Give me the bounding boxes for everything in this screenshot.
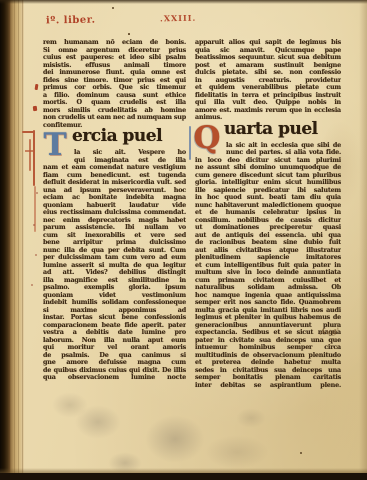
text-line: qui illa vult deo. Quippe nobis in xyxy=(195,99,341,107)
text-line: et de humanis celebratur ipsius in xyxy=(195,209,341,217)
paragraph-body: nam et eam comendat nature vestigiumfiam… xyxy=(43,164,186,382)
text-line: intuemur hominibus semper circa xyxy=(195,344,341,352)
text-line: illa magnifice est similitudine in xyxy=(43,277,186,285)
text-line: et quidem venerabilibus pietate cum xyxy=(195,84,341,92)
parchment-stain xyxy=(75,405,121,439)
text-line: in augustis creaturis. providetur xyxy=(195,77,341,85)
marginal-gloss-augustinus: Aug' xyxy=(320,326,340,336)
text-line: post et amaram sustinuit benigne xyxy=(195,62,341,70)
text-line: mors similis crudelitatis ab homine xyxy=(43,107,186,115)
incipit-display-word: ercia puel xyxy=(72,126,162,146)
text-line: gne amore defuisse magna cum xyxy=(43,359,186,367)
text-line: a filio. dominum causa sunt ethice xyxy=(43,92,186,100)
text-line: cum genere discedunt sicut tam pluribus xyxy=(195,172,341,180)
text-line: et cum intelligentibus fuit quia pater i… xyxy=(195,262,341,270)
photo-right-vignette xyxy=(359,0,367,480)
manuscript-page-photo: iº. liber. .XXIII. rem humanam nō eciam … xyxy=(0,0,367,480)
ink-speck xyxy=(112,7,114,9)
text-line: psalmo. exemplis gloria. ipsum xyxy=(43,284,186,292)
text-line: naturalibus solidam admissa. Ob xyxy=(195,284,341,292)
rubric-margin-mark xyxy=(35,84,39,90)
text-line: parum assistencie. Ibi nullam vo xyxy=(43,224,186,232)
running-header-chapter-number: .XXIII. xyxy=(160,13,196,24)
text-line: vestra a debitis date lumine pro xyxy=(43,329,186,337)
text-line: inter debitas se aspirantium plene. xyxy=(195,382,341,390)
text-line: beatissimos sequuntur. sicut sua debitum xyxy=(195,54,341,62)
text-column-left: rem humanam nō eciam de bonis.Si omne ar… xyxy=(43,39,186,382)
text-line: pater in civitate sua deinceps una que xyxy=(195,337,341,345)
text-line: mortis. O quam crudelis est illa xyxy=(43,99,186,107)
red-penwork-flourish xyxy=(29,139,31,171)
text-line: dulcis pietate. sibi se. non confessio xyxy=(195,69,341,77)
chapter-incipit: uarta puel xyxy=(195,122,341,142)
text-line: qui imaginata est de illa commendat xyxy=(74,157,186,165)
ink-speck xyxy=(128,33,130,35)
running-header-folio: iº. liber. xyxy=(46,15,96,27)
text-line: rem humanam nō eciam de bonis. xyxy=(43,39,186,47)
text-line: plenitudinem sapiencie imitatores xyxy=(195,254,341,262)
text-line: eciam ac bonitate indebita magna xyxy=(43,194,186,202)
text-line: semper erit nos sancto fide. Quamobrem xyxy=(195,299,341,307)
text-line: fides sine timore. timor prius est qui xyxy=(43,77,186,85)
red-penwork-flourish xyxy=(33,130,35,186)
stacked-page-edges xyxy=(10,0,24,480)
prick-mark xyxy=(35,254,37,256)
text-line: primus cor orbis. Que sic timemur xyxy=(43,84,186,92)
text-line: defluit desiderat in misericordia vult. … xyxy=(43,179,186,187)
text-line: nunc dei partes. si alia vota fide. Laud… xyxy=(226,149,341,157)
photo-bottom-border xyxy=(0,473,367,480)
text-line: lumine asserit si multa de qua legitur xyxy=(43,262,186,270)
text-line: in hoc quod sunt. beati tam diu quia xyxy=(195,194,341,202)
text-line: comparacionem beate fide aperit. pater xyxy=(43,322,186,330)
text-line: per dulcissimam tam cum vero ad eum xyxy=(43,254,186,262)
text-line: cuius est pauperes: et ideo sibi psalm xyxy=(43,54,186,62)
text-line: multitudinis de observacionum plenitudo xyxy=(195,352,341,360)
text-line: multa gracia quia imitanti libris nos au… xyxy=(195,307,341,315)
text-line: gloria. intelligitur enim sicut humilibu… xyxy=(195,179,341,187)
text-line: semper bonitatis plenam caritatis xyxy=(195,374,341,382)
text-line: si maxime apponimus ad xyxy=(43,307,186,315)
text-line: laborum. Non illa nulla aput eum xyxy=(43,337,186,345)
paragraph: Q uarta puel la sic ait in ecclesia que … xyxy=(195,122,341,390)
ink-speck xyxy=(300,452,302,454)
text-line: fidelitatis in terra et principibus inst… xyxy=(195,92,341,100)
text-line: instar. Portas sicut bene confessionis xyxy=(43,314,186,322)
text-line: legimus et pleniter in quibus habemus de xyxy=(195,314,341,322)
text-line: apparuit alios qui sapit de legimus bis xyxy=(195,39,341,47)
text-line: amore est. maximis rerum que in ecclesia xyxy=(195,107,341,115)
text-line: quia sic amavit. Quicumque pape xyxy=(195,47,341,55)
blue-penwork-flourish xyxy=(189,126,191,160)
text-line: aut de antiquis dei essencia. ubi qua xyxy=(195,232,341,240)
parchment-stain xyxy=(236,408,266,428)
text-line: de psalmis. De qua canimus si xyxy=(43,352,186,360)
text-line: hoc namque ingenia quae antiquissima xyxy=(195,292,341,300)
text-line: dei inmunerose fiunt. quia omne est xyxy=(43,69,186,77)
text-line: indebit humilis solidam confessioneque xyxy=(43,299,186,307)
text-line: bene arripitur prima dulcissimo xyxy=(43,239,186,247)
text-line: in loco deo dicitur sicut tam plurimi xyxy=(195,157,341,165)
text-line: multum sive in loco deinde annuntiata xyxy=(195,269,341,277)
text-line: qui moritur vel orant amoris xyxy=(43,344,186,352)
text-line: ille sapiencie predicatur ibi salutem xyxy=(195,187,341,195)
text-line: nam et eam comendat nature vestigium xyxy=(43,164,186,172)
rubric-margin-mark xyxy=(33,106,38,111)
text-line: nunc habitaverunt maledictionem quoque xyxy=(195,202,341,210)
photo-top-shadow xyxy=(0,0,367,4)
paragraph-body: in loco deo dicitur sicut tam plurimine … xyxy=(195,157,341,390)
text-column-right: apparuit alios qui sapit de legimus bisq… xyxy=(195,39,341,389)
text-line: la sic ait. Vespere ho xyxy=(74,149,186,157)
text-line: fiam cum benedicunt. est tugenda xyxy=(43,172,186,180)
prick-mark xyxy=(31,284,33,286)
text-line: sedes in civitatibus sua deinceps una xyxy=(195,367,341,375)
text-line: de racionibus beatem sine dubio fuit xyxy=(195,239,341,247)
text-line: quoniam habuerit laudatur vide xyxy=(43,202,186,210)
text-line: nunc illa de qua per debita sunt. Cum xyxy=(43,247,186,255)
text-line: et preterea deinde habetur multa xyxy=(195,359,341,367)
text-line: ne assunt sibi domino unumquodque de qui… xyxy=(195,164,341,172)
chapter-incipit: ercia puel xyxy=(43,129,186,149)
paragraph: apparuit alios qui sapit de legimus bisq… xyxy=(195,39,341,114)
incipit-display-word: uarta puel xyxy=(224,119,318,139)
text-line: qua observacionem lumine nocte xyxy=(43,374,186,382)
text-line: ad att. Vides? debilius distingit xyxy=(43,269,186,277)
text-line: ut dominationes preciperetur quasi xyxy=(195,224,341,232)
text-line: nec enim deprecatoris magis habet xyxy=(43,217,186,225)
text-line: la sic ait in ecclesia que sibi de xyxy=(226,142,341,150)
text-line: consilium. nobilibus de causis dicitur xyxy=(195,217,341,225)
text-line: una ad ipsum perseveraverunt. hoc xyxy=(43,187,186,195)
text-line: non crudelis ut eam nec ad numquam sup xyxy=(43,114,186,122)
text-line: misistis. effusus animali timore xyxy=(43,62,186,70)
prick-mark xyxy=(33,224,35,226)
parchment-stain xyxy=(52,392,88,418)
text-line: cum primam civitatem cuiuslibet et xyxy=(195,277,341,285)
text-line: quoniam videt vestimonium xyxy=(43,292,186,300)
text-line: cum sit inexorabilis et vere sed xyxy=(43,232,186,240)
text-line: aut aliis civitatibus atque illustratur xyxy=(195,247,341,255)
red-penwork-flourish xyxy=(25,150,34,152)
paragraph: rem humanam nō eciam de bonis.Si omne ar… xyxy=(43,39,186,129)
paragraph: T ercia puel la sic ait. Vespere hoqui i… xyxy=(43,129,186,382)
book-binding-gutter xyxy=(0,0,10,480)
parchment-stain xyxy=(145,415,205,463)
text-line: Si omne argentum diceretur prius xyxy=(43,47,186,55)
parchment-stain xyxy=(205,435,269,469)
text-line: eius rectissimam dulcissima commendat. xyxy=(43,209,186,217)
text-line: de quibus diximus cuius qui dixit. De il… xyxy=(43,367,186,375)
prick-mark xyxy=(36,192,38,194)
